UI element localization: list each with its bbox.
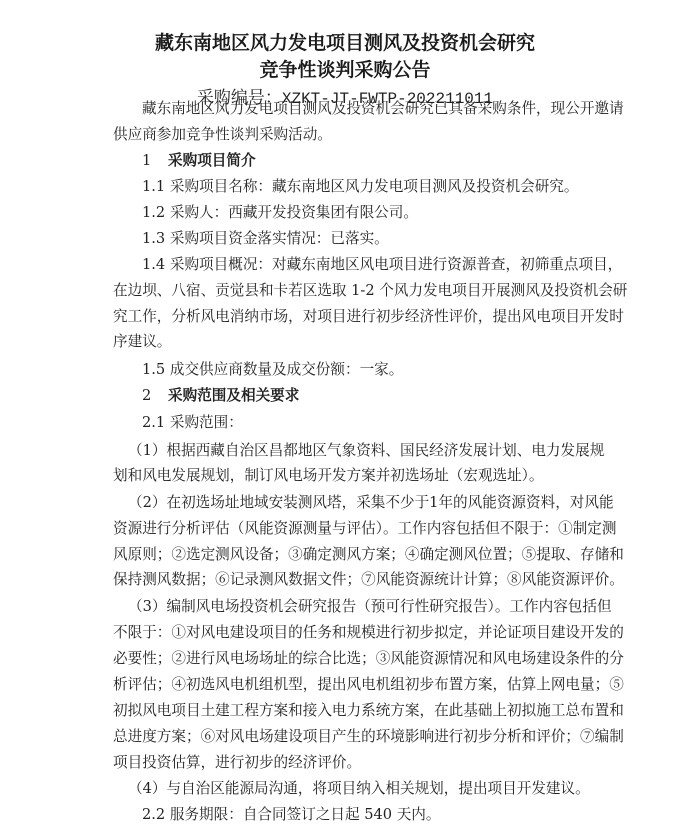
sub3-line5: 初拟风电项目土建工程方案和接入电力系统方案，在此基础上初拟施工总布置和 [113,702,593,720]
item-1-5: 1.5 成交供应商数量及成交份额：一家。 [142,361,403,379]
section2-number: 2 [142,387,168,405]
intro-line1: 藏东南地区风力发电项目测风及投资机会研究已具备采购条件，现公开邀请 [142,100,593,118]
sub1-line1: （1）根据西藏自治区昌都地区气象资料、国民经济发展计划、电力发展规 [128,442,593,460]
item-2-1: 2.1 采购范围： [142,414,243,432]
item-1-4-line3: 究工作，分析风电消纳市场，对项目进行初步经济性评价，提出风电项目开发时 [113,308,593,326]
section1-heading-text: 采购项目简介 [168,152,256,169]
section2-heading-text: 采购范围及相关要求 [168,387,299,404]
item-1-3: 1.3 采购项目资金落实情况：已落实。 [142,230,389,248]
sub3-line3: 必要性；②进行风电场场址的综合比选；③风能资源情况和风电场建设条件的分 [113,650,593,668]
sub2-line4: 保持测风数据；⑥记录测风数据文件；⑦风能资源统计计算；⑧风能资源评价。 [113,571,593,589]
section2-heading: 2采购范围及相关要求 [142,387,299,405]
sub2-line2: 资源进行分析评估（风能资源测量与评估）。工作内容包括但不限于：①制定测 [113,520,593,538]
sub4: （4）与自治区能源局沟通，将项目纳入相关规划，提出项目开发建议。 [128,780,590,798]
item-1-4-line4: 序建议。 [113,333,171,351]
document-title-line1: 藏东南地区风力发电项目测风及投资机会研究 [0,28,690,55]
document-title-line2: 竞争性谈判采购公告 [0,55,690,82]
item-1-2: 1.2 采购人：西藏开发投资集团有限公司。 [142,204,418,222]
sub3-line4: 析评估；④初选风电机组机型，提出风电机组初步布置方案，估算上网电量；⑤ [113,676,593,694]
sub3-line1: （3）编制风电场投资机会研究报告（预可行性研究报告）。工作内容包括但 [128,598,593,616]
sub1-line2: 划和风电发展规划，制订风电场开发方案并初选场址（宏观选址）。 [113,467,544,485]
sub3-line2: 不限于：①对风电建设项目的任务和规模进行初步拟定，并论证项目建设开发的 [113,624,593,642]
item-2-2: 2.2 服务期限：自合同签订之日起 540 天内。 [142,806,440,824]
intro-line2: 供应商参加竞争性谈判采购活动。 [113,126,332,144]
procurement-announcement-page: 藏东南地区风力发电项目测风及投资机会研究 竞争性谈判采购公告 采购编号：XZKT… [0,0,690,831]
item-1-4-line2: 在边坝、八宿、贡觉县和卡若区选取 1-2 个风力发电项目开展测风及投资机会研 [113,282,593,300]
item-1-1: 1.1 采购项目名称：藏东南地区风力发电项目测风及投资机会研究。 [142,178,578,196]
sub3-line6: 总进度方案；⑥对风电场建设项目产生的环境影响进行初步分析和评价；⑦编制 [113,728,593,746]
item-1-4-line1: 1.4 采购项目概况：对藏东南地区风电项目进行资源普查，初筛重点项目， [142,256,593,274]
sub2-line1: （2）在初选场址地域安装测风塔，采集不少于1年的风能资源资料，对风能 [128,494,593,512]
sub3-line7: 项目投资估算，进行初步的经济评价。 [113,754,361,772]
section1-number: 1 [142,152,168,170]
sub2-line3: 风原则；②选定测风设备；③确定测风方案；④确定测风位置；⑤提取、存储和 [113,546,593,564]
section1-heading: 1采购项目简介 [142,152,256,170]
